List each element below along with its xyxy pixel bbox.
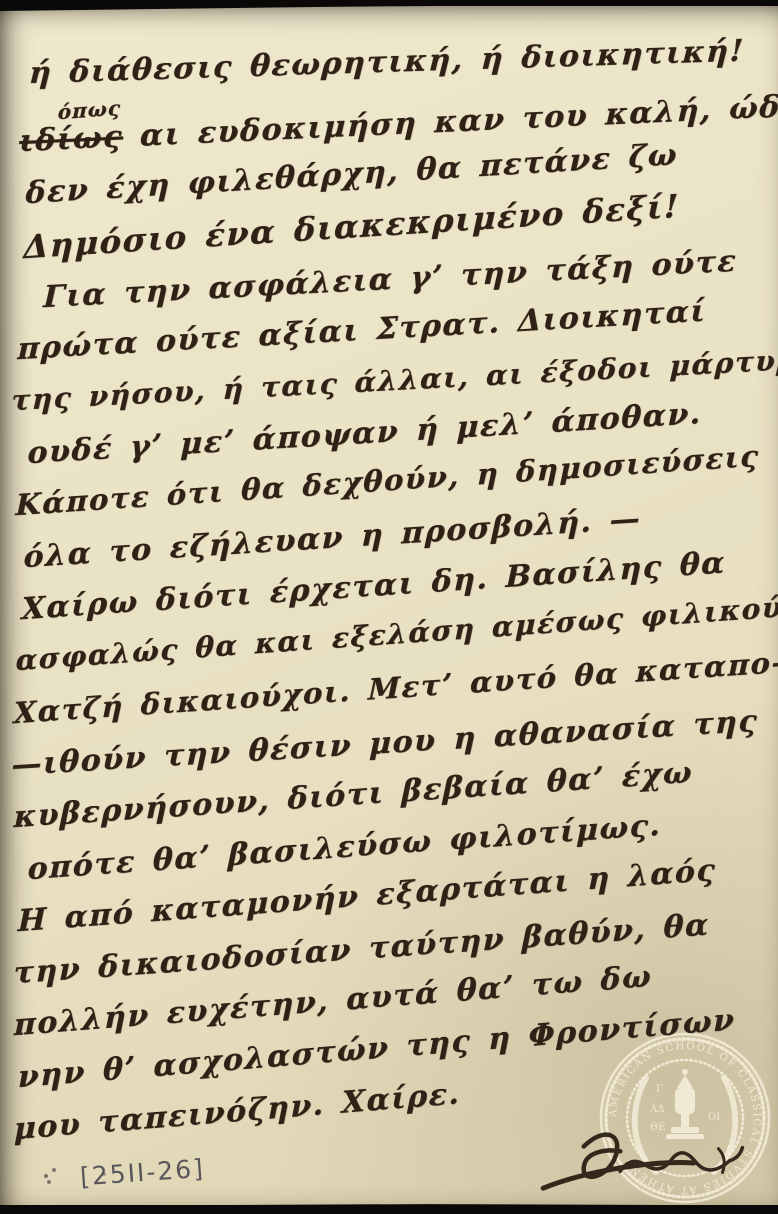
scanned-letter-page: Γ ΑΔ ΘΕ ΟΙ AMERICAN SCHOOL OF CLASSICAL …	[0, 0, 778, 1214]
seal-glyph: ΟΙ	[708, 1112, 720, 1123]
seal-glyph: Γ	[656, 1084, 663, 1095]
handwriting-text: αι ευδοκιμήση καν του καλή, ώδη	[139, 88, 778, 153]
signature-flourish	[458, 1124, 768, 1214]
seal-glyph: ΑΔ	[649, 1104, 664, 1115]
pencil-dots	[44, 1174, 48, 1178]
strikethrough-word: ιδίως	[19, 119, 124, 159]
handwriting-text: ή διάθεσις θεωρητική, ή διοικητική!	[28, 34, 745, 92]
page-paper: Γ ΑΔ ΘΕ ΟΙ AMERICAN SCHOOL OF CLASSICAL …	[0, 6, 778, 1205]
handwriting-line: ή διάθεσις θεωρητική, ή διοικητική!	[28, 34, 745, 92]
archival-date-note: [25ΙΙ-26]	[79, 1154, 206, 1192]
